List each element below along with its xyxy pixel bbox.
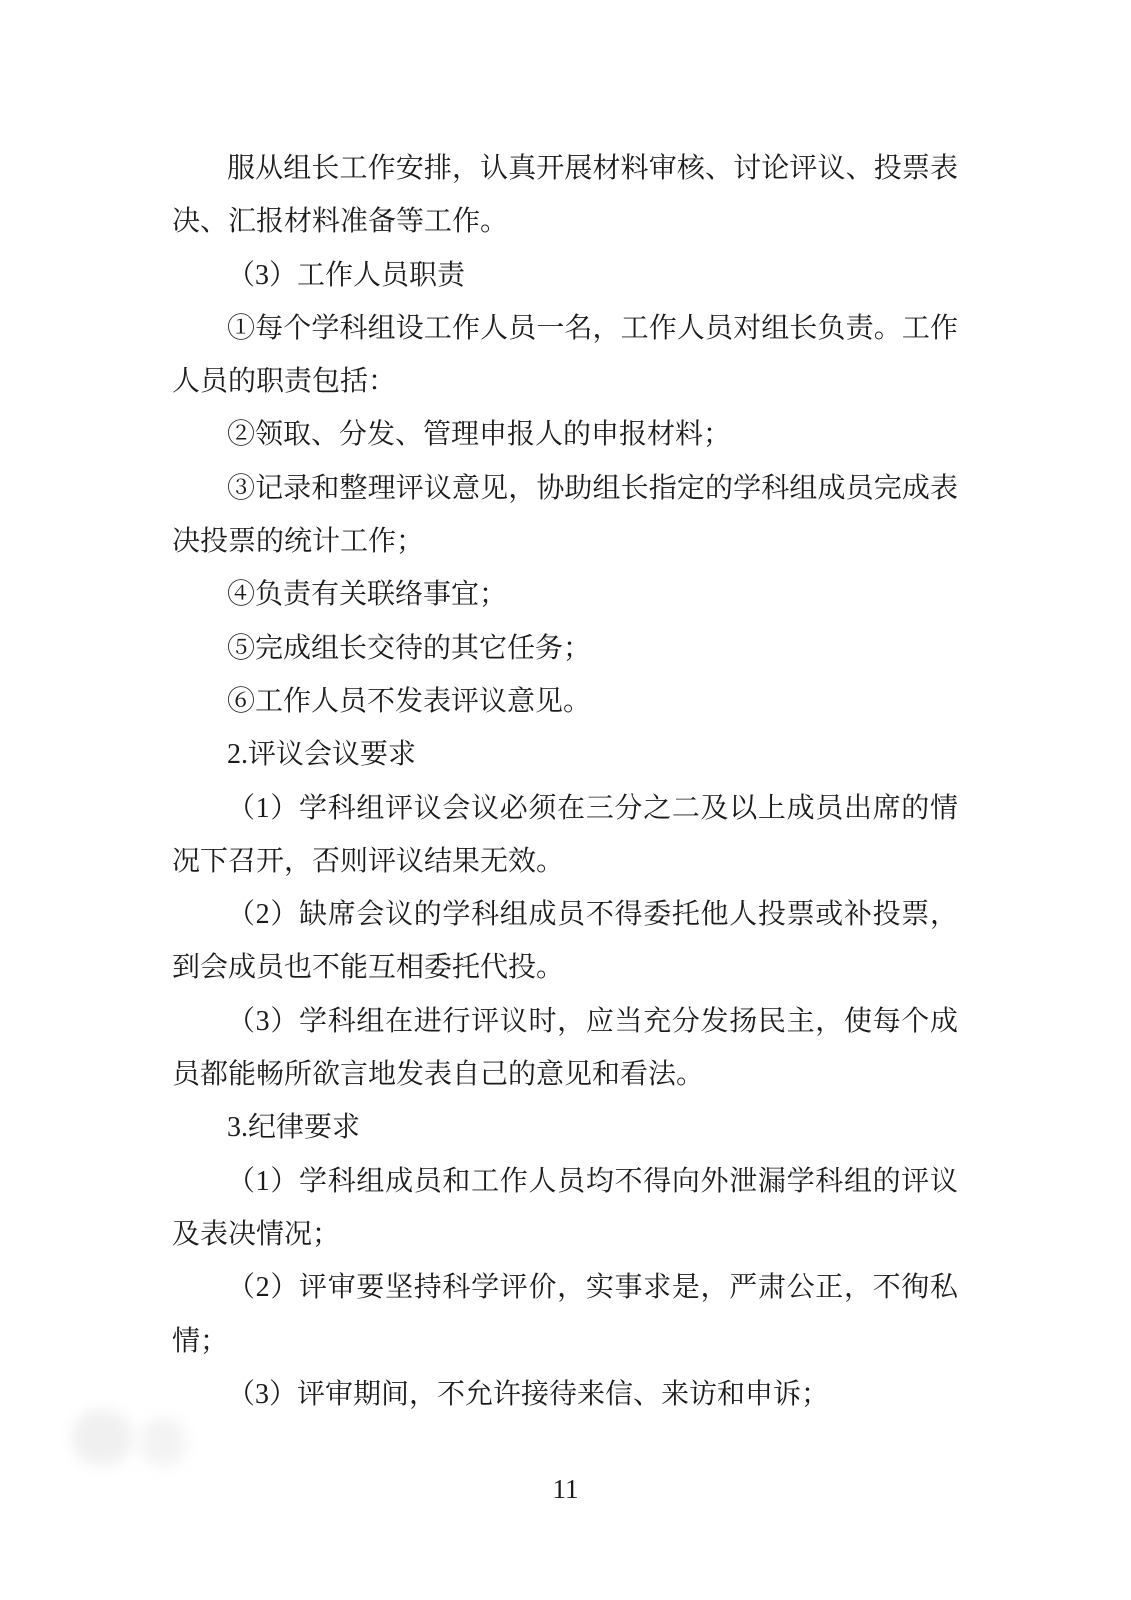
text-line: （2）评审要坚持科学评价，实事求是，严肃公正，不徇私 bbox=[172, 1261, 958, 1314]
text-line: ⑥工作人员不发表评议意见。 bbox=[172, 675, 958, 728]
text-line: （1）学科组成员和工作人员均不得向外泄漏学科组的评议 bbox=[172, 1155, 958, 1208]
text-line: 决投票的统计工作； bbox=[172, 515, 958, 568]
text-line: （3）评审期间，不允许接待来信、来访和申诉； bbox=[172, 1368, 958, 1421]
text-line: 服从组长工作安排，认真开展材料审核、讨论评议、投票表 bbox=[172, 142, 958, 195]
text-line: 情； bbox=[172, 1315, 958, 1368]
text-line: 及表决情况； bbox=[172, 1208, 958, 1261]
text-line: 人员的职责包括： bbox=[172, 355, 958, 408]
page-number: 11 bbox=[0, 1474, 1131, 1505]
text-line: （2）缺席会议的学科组成员不得委托他人投票或补投票， bbox=[172, 888, 958, 941]
text-line: （3）学科组在进行评议时，应当充分发扬民主，使每个成 bbox=[172, 995, 958, 1048]
text-line: （3）工作人员职责 bbox=[172, 249, 958, 302]
scan-artifact bbox=[140, 1418, 186, 1466]
text-line: 况下召开，否则评议结果无效。 bbox=[172, 835, 958, 888]
document-page: 服从组长工作安排，认真开展材料审核、讨论评议、投票表 决、汇报材料准备等工作。 … bbox=[0, 0, 1131, 1600]
text-line: ③记录和整理评议意见，协助组长指定的学科组成员完成表 bbox=[172, 462, 958, 515]
text-line: ④负责有关联络事宜； bbox=[172, 568, 958, 621]
text-line: 员都能畅所欲言地发表自己的意见和看法。 bbox=[172, 1048, 958, 1101]
text-line: 决、汇报材料准备等工作。 bbox=[172, 195, 958, 248]
scan-artifact bbox=[72, 1410, 132, 1465]
text-line: 3.纪律要求 bbox=[172, 1101, 958, 1154]
text-line: （1）学科组评议会议必须在三分之二及以上成员出席的情 bbox=[172, 782, 958, 835]
text-line: 2.评议会议要求 bbox=[172, 728, 958, 781]
text-line: ①每个学科组设工作人员一名，工作人员对组长负责。工作 bbox=[172, 302, 958, 355]
text-line: 到会成员也不能互相委托代投。 bbox=[172, 941, 958, 994]
document-body: 服从组长工作安排，认真开展材料审核、讨论评议、投票表 决、汇报材料准备等工作。 … bbox=[172, 142, 958, 1421]
text-line: ②领取、分发、管理申报人的申报材料； bbox=[172, 408, 958, 461]
text-line: ⑤完成组长交待的其它任务； bbox=[172, 622, 958, 675]
